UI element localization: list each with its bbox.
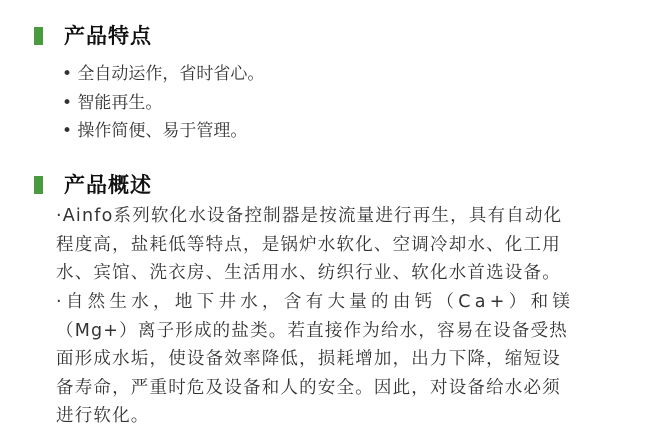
feature-item: • 智能再生。 (62, 89, 264, 118)
features-list: • 全自动运作，省时省心。 • 智能再生。 • 操作简便、易于管理。 (62, 60, 264, 146)
section-accent-bar (34, 176, 43, 194)
paragraph-line: 进行软化。 (56, 402, 646, 431)
feature-item: • 全自动运作，省时省心。 (62, 60, 264, 89)
paragraph-line: ·自然生水，地下井水，含有大量的由钙（Ca+）和镁 (56, 288, 646, 317)
paragraph-line: 程度高，盐耗低等特点，是锅炉水软化、空调冷却水、化工用 (56, 231, 646, 260)
overview-paragraph-1: ·Ainfo系列软化水设备控制器是按流量进行再生，具有自动化 程度高，盐耗低等特… (56, 202, 646, 288)
paragraph-line: 备寿命，严重时危及设备和人的安全。因此，对设备给水必须 (56, 374, 646, 403)
overview-paragraph-2: ·自然生水，地下井水，含有大量的由钙（Ca+）和镁 （Mg+）离子形成的盐类。若… (56, 288, 646, 431)
paragraph-line: 面形成水垢，使设备效率降低，损耗增加，出力下降，缩短设 (56, 345, 646, 374)
paragraph-line: 水、宾馆、洗衣房、生活用水、纺织行业、软化水首选设备。 (56, 259, 646, 288)
feature-item: • 操作简便、易于管理。 (62, 117, 264, 146)
section-accent-bar (34, 27, 43, 45)
section-title-features: 产品特点 (64, 20, 152, 50)
paragraph-line: （Mg+）离子形成的盐类。若直接作为给水，容易在设备受热 (56, 317, 646, 346)
section-title-overview: 产品概述 (64, 169, 152, 199)
paragraph-line: ·Ainfo系列软化水设备控制器是按流量进行再生，具有自动化 (56, 202, 646, 231)
